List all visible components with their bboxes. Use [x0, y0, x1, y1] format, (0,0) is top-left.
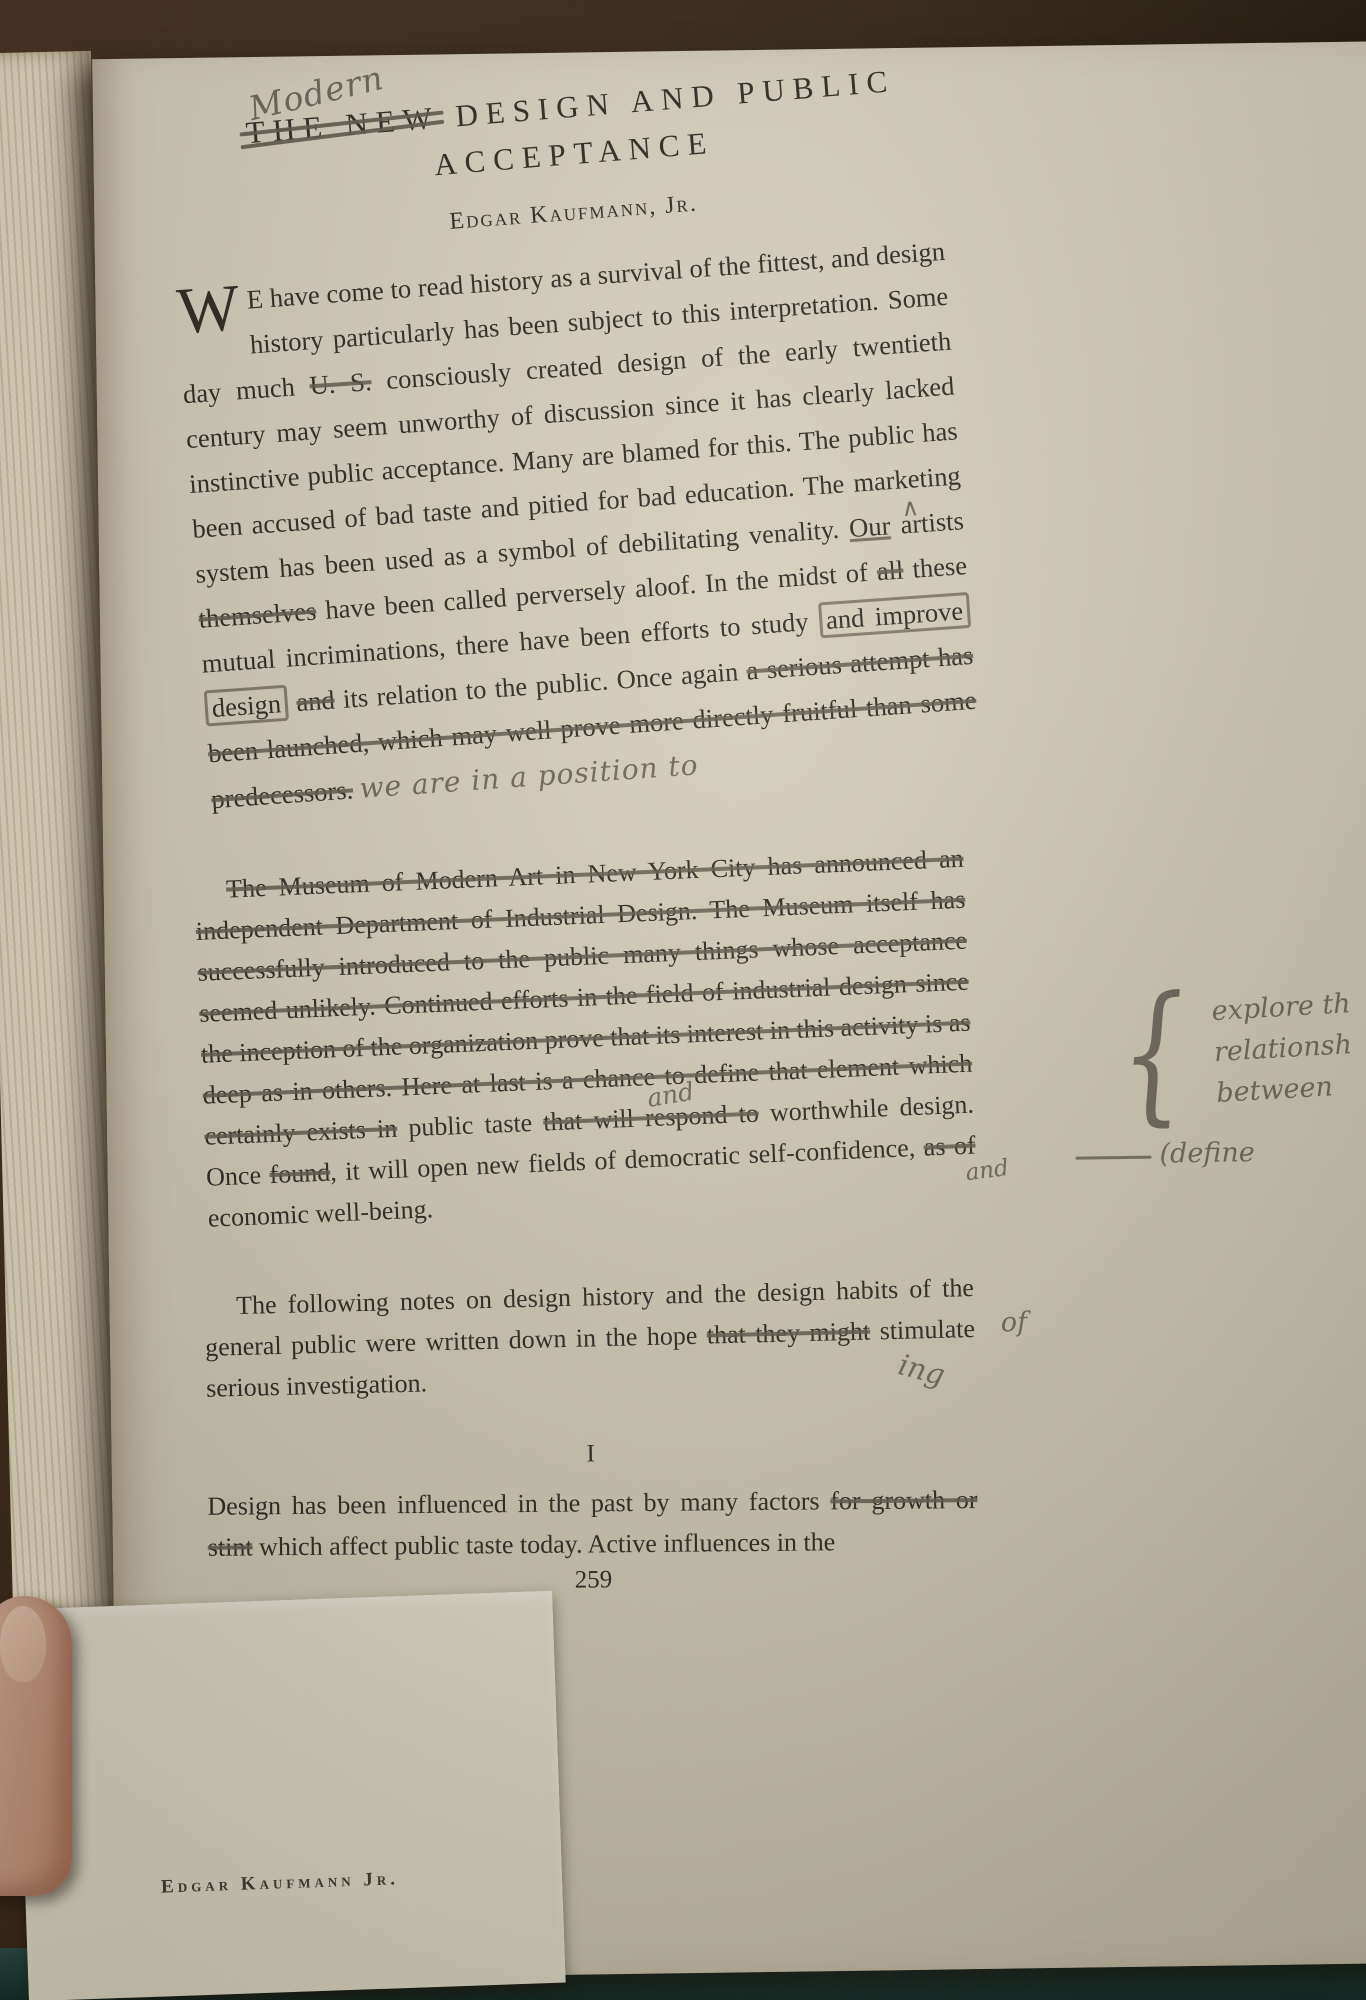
thumb — [0, 1596, 72, 1896]
margin-define-note: (define — [1159, 1137, 1255, 1169]
margin-annotation: { explore th relationsh between — [1151, 974, 1366, 1118]
as-of-edit: as ofand — [923, 1131, 976, 1162]
struck-and: and — [295, 684, 335, 717]
text-segment: economic well-being. — [207, 1194, 433, 1232]
struck-found: found — [269, 1158, 331, 1190]
handwritten-and-below: and — [932, 1148, 1012, 1198]
text-segment: Design has been influenced in the past b… — [207, 1486, 819, 1520]
handwritten-position-note: we are in a position to — [358, 748, 699, 805]
paragraph-1: WE have come to read history as a surviv… — [175, 229, 981, 822]
text-segment: which affect public taste today. Active … — [259, 1527, 835, 1561]
thumb-nail — [0, 1606, 46, 1682]
caret-mark: ∧ — [900, 485, 921, 531]
handwritten-ing: ing — [863, 1336, 949, 1395]
handwritten-of: of — [968, 1302, 1027, 1344]
text-segment: consciously created design of the early … — [185, 326, 961, 589]
paragraph-3: The following notes on design history an… — [204, 1267, 977, 1409]
paragraph-2: The Museum of Modern Art in New York Cit… — [193, 838, 978, 1239]
page-number: 259 — [208, 1563, 978, 1598]
paragraph-4: Design has been influenced in the past b… — [207, 1479, 978, 1568]
margin-note-line1: explore th — [1211, 974, 1366, 1032]
stimulate-edit: stimulateing — [879, 1314, 975, 1345]
text-segment: stimulate — [879, 1314, 975, 1345]
struck-us: U. S. — [309, 366, 373, 400]
struck-themselves: themselves — [198, 596, 318, 634]
drop-cap: W — [175, 278, 249, 339]
struck-all: all — [876, 554, 905, 586]
text-segment: serious investigation. — [206, 1368, 428, 1402]
text-segment: public taste — [408, 1108, 533, 1142]
book-photo: Modern THE NEW DESIGN AND PUBLIC ACCEPTA… — [0, 0, 1366, 2000]
artists-with-caret: ∧artists — [899, 505, 964, 539]
margin-brace: { — [1116, 977, 1191, 1131]
struck-that-they-might: that they might — [706, 1317, 870, 1350]
inserted-card: Edgar Kaufmann Jr. — [15, 1591, 565, 2000]
section-numeral: I — [207, 1435, 977, 1474]
underlined-our: Our — [848, 510, 891, 543]
respond-edit: andthat will respond to — [543, 1099, 760, 1137]
card-printed-name: Edgar Kaufmann Jr. — [161, 1868, 400, 1898]
